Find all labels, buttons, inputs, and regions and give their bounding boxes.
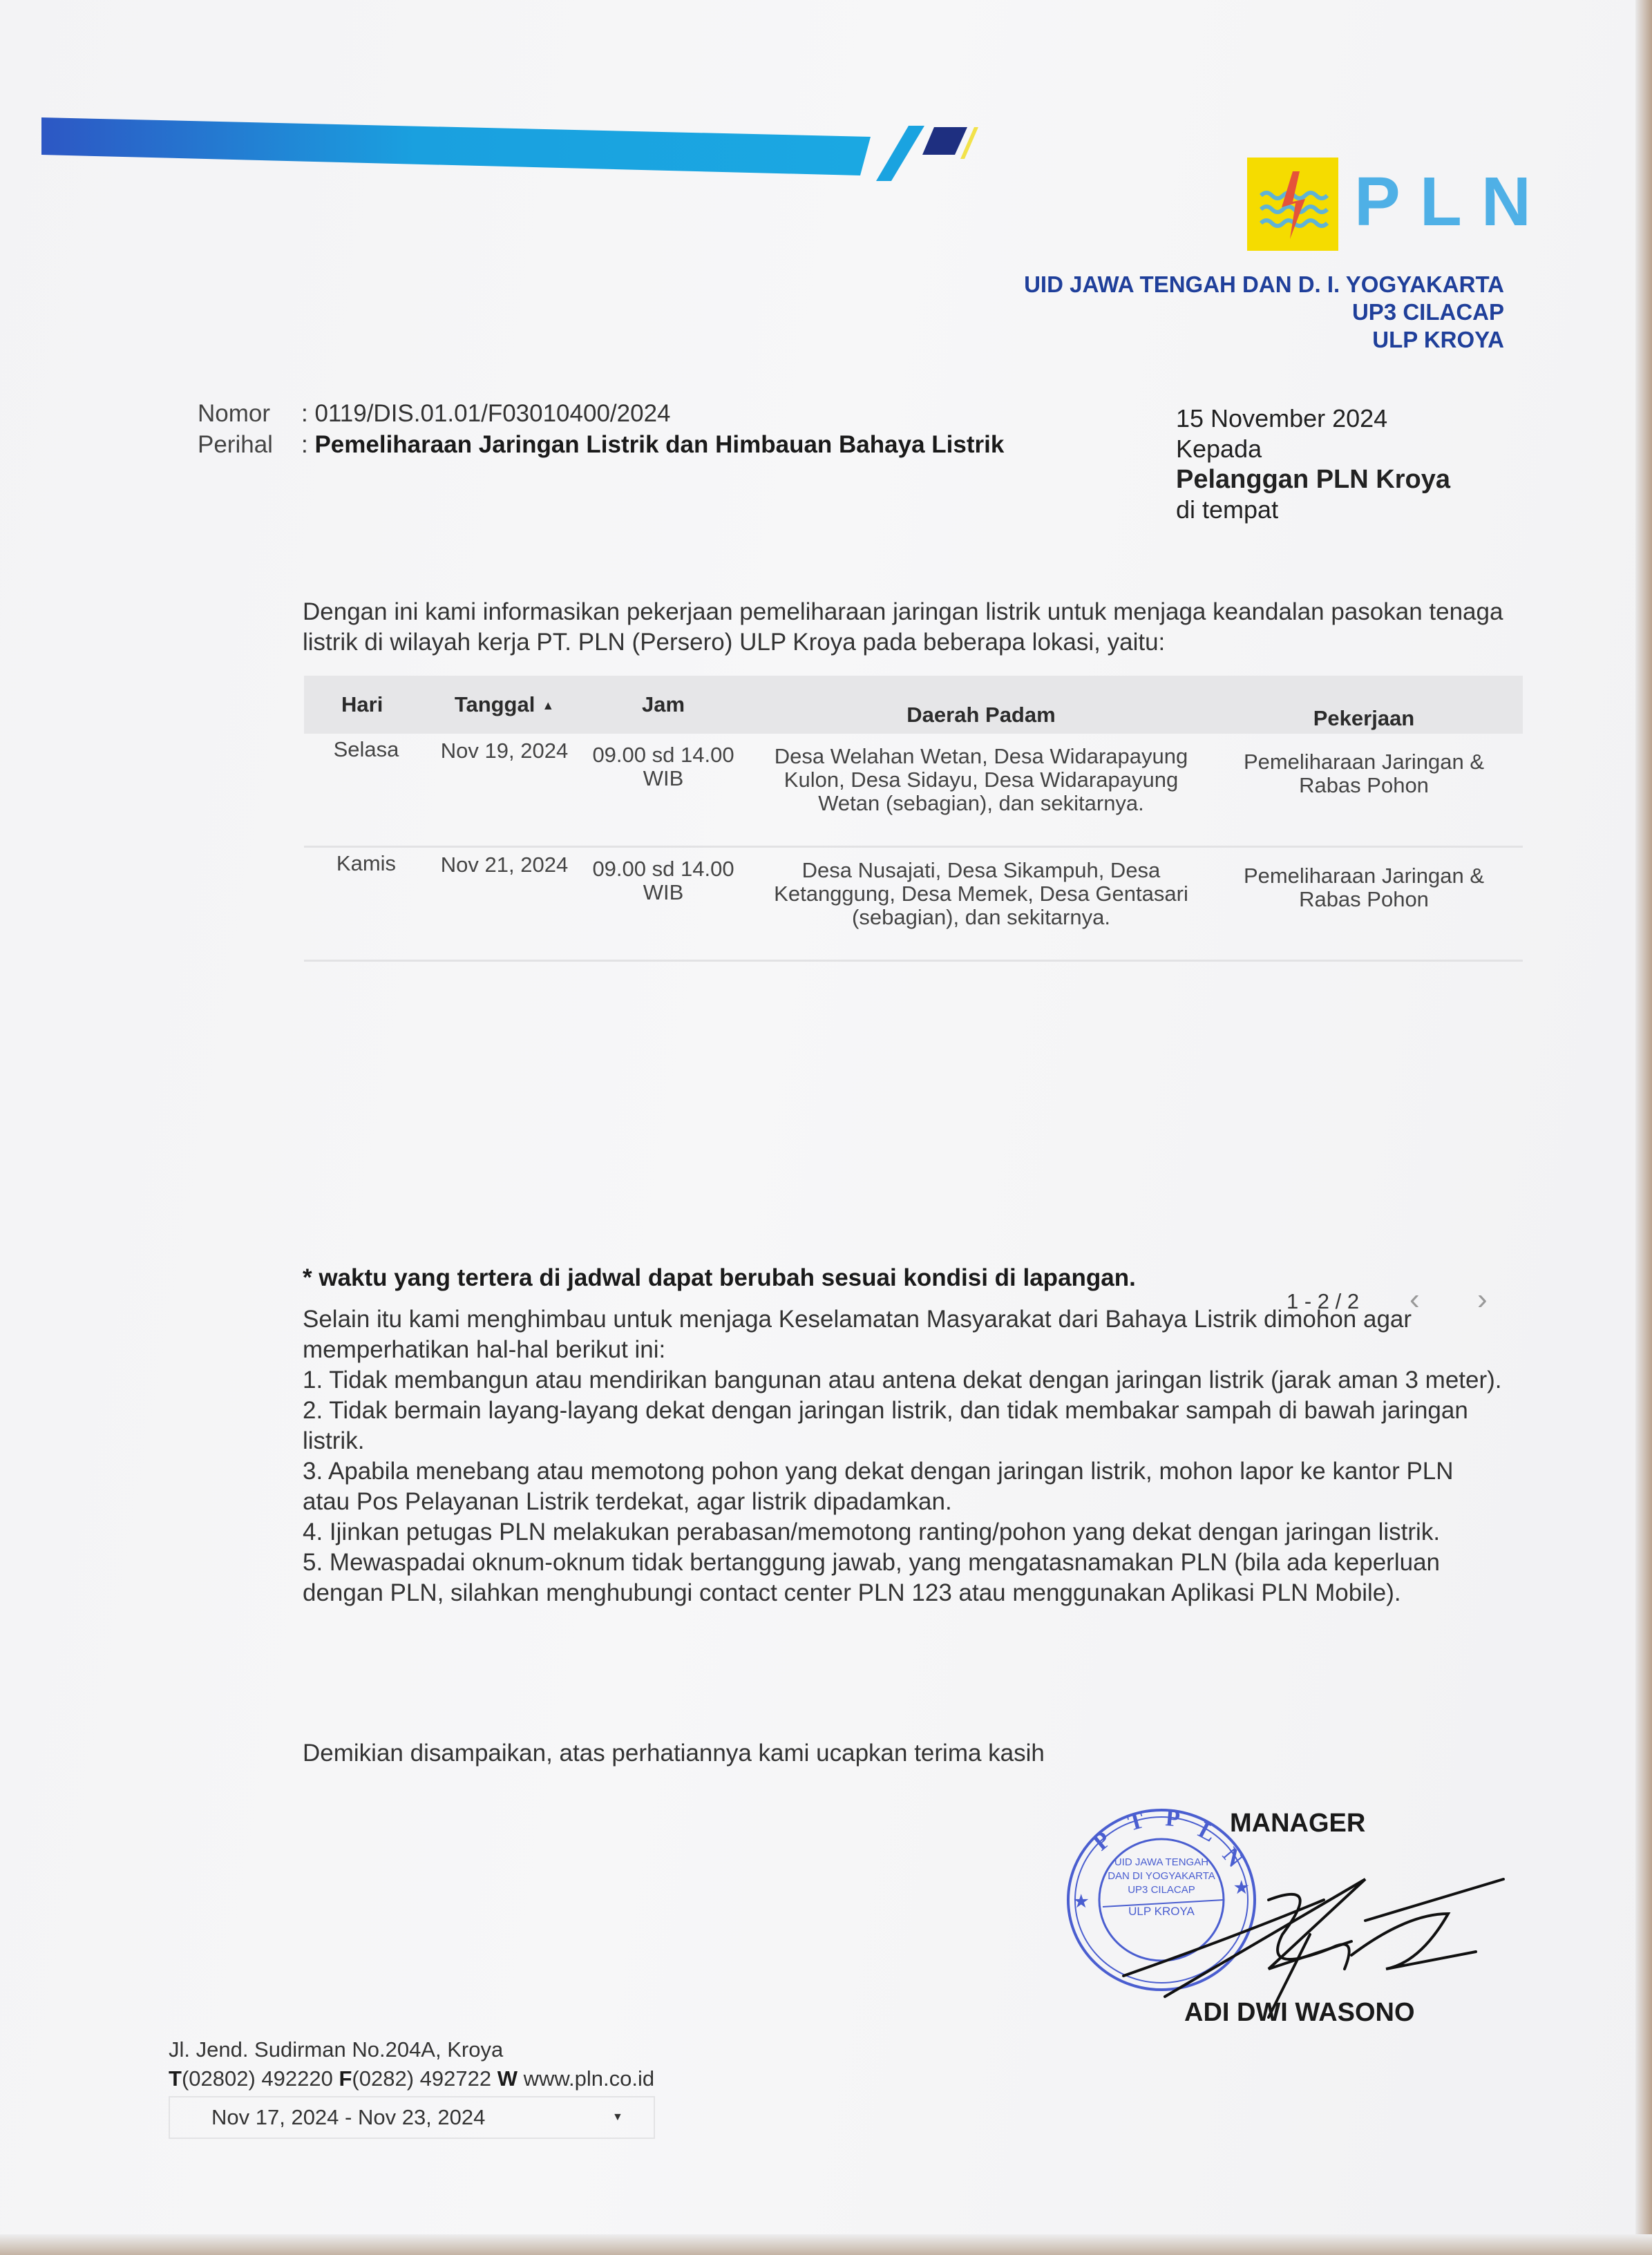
appeal-lead: Selain itu kami menghimbau untuk menjaga… bbox=[303, 1304, 1505, 1365]
recipient-to: Kepada bbox=[1176, 434, 1450, 464]
unit-line: UID JAWA TENGAH DAN D. I. YOGYAKARTA bbox=[1024, 271, 1504, 298]
paper-edge bbox=[0, 2234, 1652, 2255]
fax-label: F bbox=[339, 2066, 352, 2091]
date-range-select[interactable]: Nov 17, 2024 - Nov 23, 2024 ▼ bbox=[169, 2096, 655, 2139]
sort-ascending-icon[interactable]: ▲ bbox=[542, 698, 554, 712]
perihal-sep: : bbox=[301, 429, 314, 460]
header-daerah[interactable]: Daerah Padam bbox=[760, 703, 1202, 727]
unit-line: UP3 CILACAP bbox=[1024, 298, 1504, 326]
svg-text:★: ★ bbox=[1234, 1879, 1249, 1897]
cell-daerah: Desa Welahan Wetan, Desa Widarapayung Ku… bbox=[760, 734, 1202, 846]
appeal-block: Selain itu kami menghimbau untuk menjaga… bbox=[303, 1304, 1505, 1608]
pln-logo-icon bbox=[1247, 158, 1338, 251]
svg-text:★: ★ bbox=[1074, 1893, 1089, 1911]
closing-line: Demikian disampaikan, atas perhatiannya … bbox=[303, 1740, 1045, 1767]
recipient-block: 15 November 2024 Kepada Pelanggan PLN Kr… bbox=[1176, 403, 1450, 525]
signatory-name: ADI DWI WASONO bbox=[1184, 1998, 1415, 2028]
perihal-label: Perihal bbox=[198, 429, 301, 460]
stamp-line: ULP KROYA bbox=[1128, 1905, 1195, 1918]
paper-edge bbox=[1635, 0, 1652, 2255]
web-link[interactable]: www.pln.co.id bbox=[518, 2066, 654, 2091]
header-pekerjaan[interactable]: Pekerjaan bbox=[1219, 706, 1509, 731]
phone-value: (02802) 492220 bbox=[182, 2066, 339, 2091]
outage-table: Hari Tanggal▲ Jam Daerah Padam Pekerjaan… bbox=[304, 676, 1523, 962]
pln-wordmark: PLN bbox=[1354, 160, 1550, 243]
web-label: W bbox=[497, 2066, 518, 2091]
recipient-name: Pelanggan PLN Kroya bbox=[1176, 464, 1450, 495]
cell-pekerjaan: Pemeliharaan Jaringan & Rabas Pohon bbox=[1219, 848, 1509, 960]
svg-text:P: P bbox=[1164, 1805, 1181, 1832]
cell-tanggal: Nov 19, 2024 bbox=[428, 734, 580, 846]
header-jam[interactable]: Jam bbox=[580, 692, 746, 717]
header-tanggal[interactable]: Tanggal▲ bbox=[428, 692, 580, 717]
footer-contact: Jl. Jend. Sudirman No.204A, Kroya T(0280… bbox=[169, 2035, 654, 2093]
table-row: Kamis Nov 21, 2024 09.00 sd 14.00 WIB De… bbox=[304, 848, 1523, 962]
cell-hari: Selasa bbox=[304, 734, 428, 846]
unit-block: UID JAWA TENGAH DAN D. I. YOGYAKARTA UP3… bbox=[1024, 271, 1504, 354]
chevron-down-icon[interactable]: ▼ bbox=[612, 2111, 654, 2124]
fax-value: (0282) 492722 bbox=[352, 2066, 497, 2091]
list-item: 4. Ijinkan petugas PLN melakukan perabas… bbox=[303, 1517, 1505, 1548]
date-range-value: Nov 17, 2024 - Nov 23, 2024 bbox=[170, 2105, 612, 2130]
recipient-place: di tempat bbox=[1176, 495, 1450, 525]
cell-tanggal: Nov 21, 2024 bbox=[428, 848, 580, 960]
table-row: Selasa Nov 19, 2024 09.00 sd 14.00 WIB D… bbox=[304, 734, 1523, 848]
cell-jam: 09.00 sd 14.00 WIB bbox=[580, 734, 746, 846]
perihal-value: Pemeliharaan Jaringan Listrik dan Himbau… bbox=[314, 429, 1004, 460]
list-item: 5. Mewaspadai oknum-oknum tidak bertangg… bbox=[303, 1548, 1505, 1608]
signatory-title: MANAGER bbox=[1230, 1809, 1365, 1838]
cell-daerah: Desa Nusajati, Desa Sikampuh, Desa Ketan… bbox=[760, 848, 1202, 960]
cell-jam: 09.00 sd 14.00 WIB bbox=[580, 848, 746, 960]
schedule-note: * waktu yang tertera di jadwal dapat ber… bbox=[303, 1264, 1136, 1292]
header-hari[interactable]: Hari bbox=[304, 692, 428, 717]
nomor-value: : 0119/DIS.01.01/F03010400/2024 bbox=[301, 398, 671, 429]
letter-meta: Nomor : 0119/DIS.01.01/F03010400/2024 Pe… bbox=[198, 398, 1004, 460]
intro-paragraph: Dengan ini kami informasikan pekerjaan p… bbox=[303, 597, 1519, 658]
nomor-label: Nomor bbox=[198, 398, 301, 429]
list-item: 2. Tidak bermain layang-layang dekat den… bbox=[303, 1396, 1505, 1456]
letter-date: 15 November 2024 bbox=[1176, 403, 1450, 434]
stamp-line: UID JAWA TENGAH bbox=[1114, 1856, 1208, 1868]
table-header: Hari Tanggal▲ Jam Daerah Padam Pekerjaan bbox=[304, 676, 1523, 734]
list-item: 3. Apabila menebang atau memotong pohon … bbox=[303, 1456, 1505, 1517]
list-item: 1. Tidak membangun atau mendirikan bangu… bbox=[303, 1365, 1505, 1396]
svg-text:N: N bbox=[1217, 1843, 1248, 1872]
unit-line: ULP KROYA bbox=[1024, 326, 1504, 354]
cell-pekerjaan: Pemeliharaan Jaringan & Rabas Pohon bbox=[1219, 734, 1509, 846]
stamp-line: DAN DI YOGYAKARTA bbox=[1108, 1870, 1215, 1882]
header-tanggal-label: Tanggal bbox=[455, 692, 535, 716]
cell-hari: Kamis bbox=[304, 848, 428, 960]
letter-page: PLN UID JAWA TENGAH DAN D. I. YOGYAKARTA… bbox=[0, 0, 1652, 2255]
stamp-line: UP3 CILACAP bbox=[1128, 1884, 1195, 1896]
header-stripe bbox=[41, 112, 1036, 181]
phone-label: T bbox=[169, 2066, 182, 2091]
footer-address: Jl. Jend. Sudirman No.204A, Kroya bbox=[169, 2035, 654, 2064]
svg-text:L: L bbox=[1194, 1817, 1219, 1847]
